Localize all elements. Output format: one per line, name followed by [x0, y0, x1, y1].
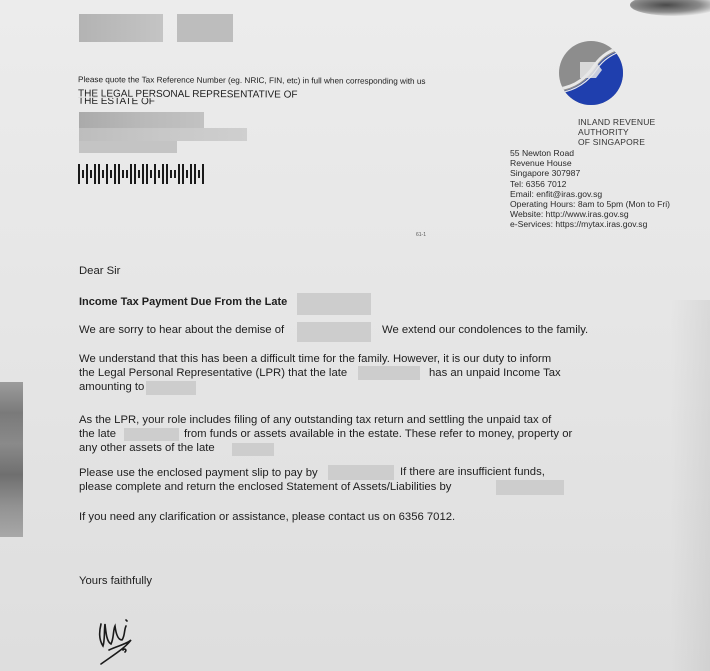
address-line: Singapore 307987: [510, 168, 670, 178]
letter-page: Please quote the Tax Reference Number (e…: [0, 0, 710, 671]
paragraph-1b: We extend our condolences to the family.: [382, 324, 588, 338]
paragraph-5: If you need any clarification or assista…: [79, 511, 455, 525]
subject-line: Income Tax Payment Due From the Late: [79, 296, 287, 310]
paragraph-2-line-1: We understand that this has been a diffi…: [79, 353, 551, 367]
redacted-block: [79, 14, 163, 42]
reference-code: 61-1: [416, 232, 426, 238]
eservices-line: e-Services: https://mytax.iras.gov.sg: [510, 219, 670, 229]
organization-address: 55 Newton Road Revenue House Singapore 3…: [510, 148, 670, 230]
paragraph-1a: We are sorry to hear about the demise of: [79, 324, 284, 338]
phone-line: Tel: 6356 7012: [510, 179, 670, 189]
addressee-line-2: THE ESTATE OF: [78, 98, 155, 105]
iras-logo-icon: [558, 40, 624, 106]
redacted-name: [79, 112, 204, 128]
redacted-address: [79, 141, 177, 153]
paragraph-3-line-1: As the LPR, your role includes filing of…: [79, 414, 551, 428]
paragraph-4-line-1b: If there are insufficient funds,: [400, 466, 545, 480]
paragraph-2-line-2b: has an unpaid Income Tax: [429, 367, 561, 381]
paragraph-4-line-1a: Please use the enclosed payment slip to …: [79, 467, 318, 481]
website-line: Website: http://www.iras.gov.sg: [510, 209, 670, 219]
paragraph-3-line-2a: the late: [79, 428, 116, 442]
barcode: [78, 163, 204, 185]
redacted-name: [297, 322, 371, 342]
paragraph-3-line-3: any other assets of the late: [79, 442, 215, 456]
paragraph-2-line-3: amounting to: [79, 381, 144, 395]
address-line: 55 Newton Road: [510, 148, 670, 158]
paragraph-4-line-2: please complete and return the enclosed …: [79, 481, 451, 495]
redacted-date: [328, 465, 394, 480]
page-shadow: [670, 300, 710, 671]
redacted-background-object: [0, 382, 23, 537]
paragraph-2-line-2a: the Legal Personal Representative (LPR) …: [79, 367, 347, 381]
signature-icon: [95, 610, 155, 670]
redacted-block: [177, 14, 233, 42]
redacted-name: [232, 443, 274, 456]
redacted-address: [79, 128, 247, 141]
paragraph-3-line-2b: from funds or assets available in the es…: [184, 428, 572, 442]
email-line: Email: enfit@iras.gov.sg: [510, 189, 670, 199]
closing: Yours faithfully: [79, 575, 152, 589]
address-line: Revenue House: [510, 158, 670, 168]
background-object: [630, 0, 710, 16]
redacted-name: [297, 293, 371, 315]
redacted-name: [124, 428, 179, 441]
redacted-date: [496, 480, 564, 495]
redacted-name: [358, 366, 420, 380]
quote-notice: Please quote the Tax Reference Number (e…: [78, 75, 426, 86]
organization-name: INLAND REVENUE AUTHORITY OF SINGAPORE: [578, 117, 655, 147]
salutation: Dear Sir: [79, 265, 120, 279]
redacted-amount: [146, 381, 196, 395]
hours-line: Operating Hours: 8am to 5pm (Mon to Fri): [510, 199, 670, 209]
